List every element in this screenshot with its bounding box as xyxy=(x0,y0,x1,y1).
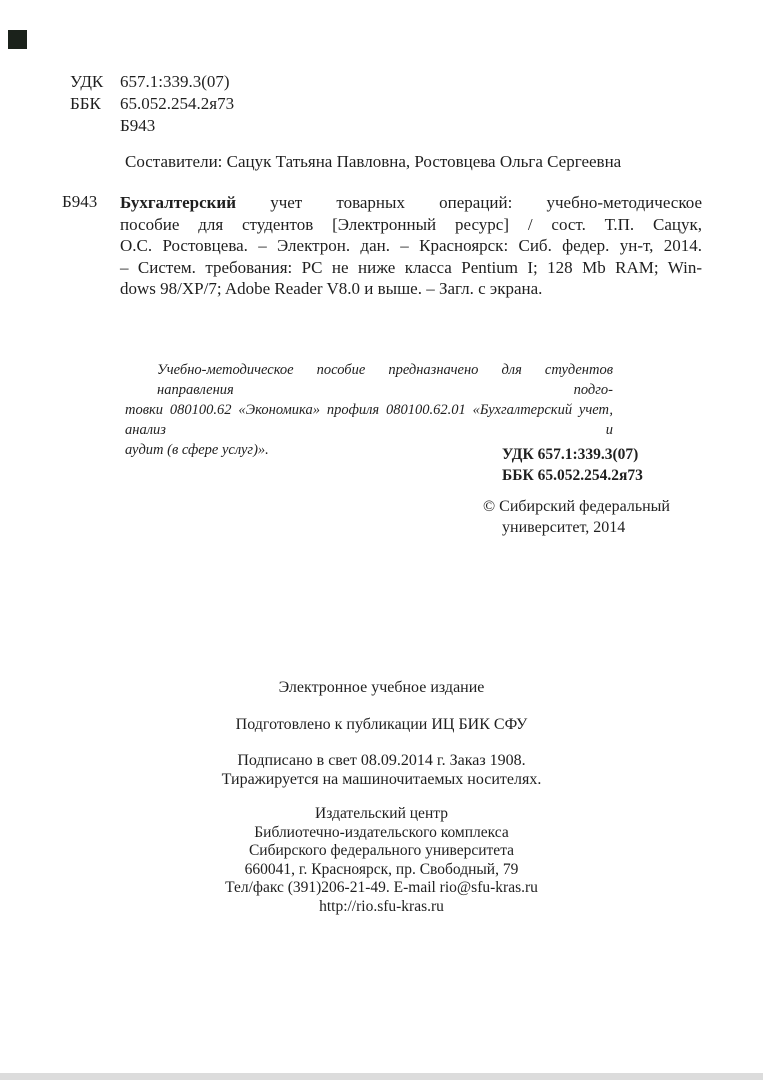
annotation-title-bold: Бухгалтерский xyxy=(120,193,236,212)
copyright-line-2: университет, 2014 xyxy=(483,517,670,538)
bibliographic-annotation: Б943 Бухгалтерский учет товарных операци… xyxy=(62,192,702,300)
codes-right-block: УДК 657.1:339.3(07) ББК 65.052.254.2я73 xyxy=(502,444,643,486)
publisher-url-line: http://rio.sfu-kras.ru xyxy=(0,898,763,917)
udk-value: 657.1:339.3(07) xyxy=(120,71,230,93)
readership-note-line-2: товки 080100.62 «Экономика» профиля 0801… xyxy=(125,400,613,440)
annotation-line-2: пособие для студентов [Электронный ресур… xyxy=(120,214,702,236)
media-line: Тиражируется на машиночитаемых носителях… xyxy=(0,771,763,789)
publisher-line-2: Библиотечно-издательского комплекса xyxy=(0,824,763,843)
publisher-line-1: Издательский центр xyxy=(0,805,763,824)
annotation-line-5: dows 98/XP/7; Adobe Reader V8.0 и выше. … xyxy=(120,278,702,300)
bbk-right: ББК 65.052.254.2я73 xyxy=(502,465,643,486)
author-sign-top: Б943 xyxy=(120,115,155,137)
publisher-contacts-line: Тел/факс (391)206-21-49. E-mail rio@sfu-… xyxy=(0,879,763,898)
readership-note-line-1: Учебно-методическое пособие предназначен… xyxy=(125,360,613,400)
copyright-block: © Сибирский федеральный университет, 201… xyxy=(483,496,670,538)
annotation-line-1-rest: учет товарных операций: учебно-методичес… xyxy=(270,193,702,212)
udk-label: УДК xyxy=(70,71,103,93)
author-sign-annotation: Б943 xyxy=(62,192,97,212)
imprint-page: УДК 657.1:339.3(07) ББК 65.052.254.2я73 … xyxy=(0,0,763,1080)
publisher-block: Издательский центр Библиотечно-издательс… xyxy=(0,805,763,917)
annotation-paragraph: Бухгалтерский учет товарных операций: уч… xyxy=(120,192,702,300)
signed-date-line: Подписано в свет 08.09.2014 г. Заказ 190… xyxy=(0,752,763,770)
copyright-line-1: © Сибирский федеральный xyxy=(483,496,670,517)
scan-artifact-square xyxy=(8,30,27,49)
prepared-by-line: Подготовлено к публикации ИЦ БИК СФУ xyxy=(0,716,763,734)
udk-right: УДК 657.1:339.3(07) xyxy=(502,444,643,465)
annotation-line-3: О.С. Ростовцева. – Электрон. дан. – Крас… xyxy=(120,235,702,257)
bbk-label: ББК xyxy=(70,93,101,115)
publisher-address-line: 660041, г. Красноярск, пр. Свободный, 79 xyxy=(0,861,763,880)
compilers-line: Составители: Сацук Татьяна Павловна, Рос… xyxy=(125,152,621,172)
bottom-scan-edge xyxy=(0,1073,763,1080)
bbk-value: 65.052.254.2я73 xyxy=(120,93,234,115)
publisher-line-3: Сибирского федерального университета xyxy=(0,842,763,861)
annotation-line-4: – Систем. требования: PC не ниже класса … xyxy=(120,257,702,279)
edition-type-line: Электронное учебное издание xyxy=(0,679,763,697)
annotation-line-1: Бухгалтерский учет товарных операций: уч… xyxy=(120,192,702,214)
